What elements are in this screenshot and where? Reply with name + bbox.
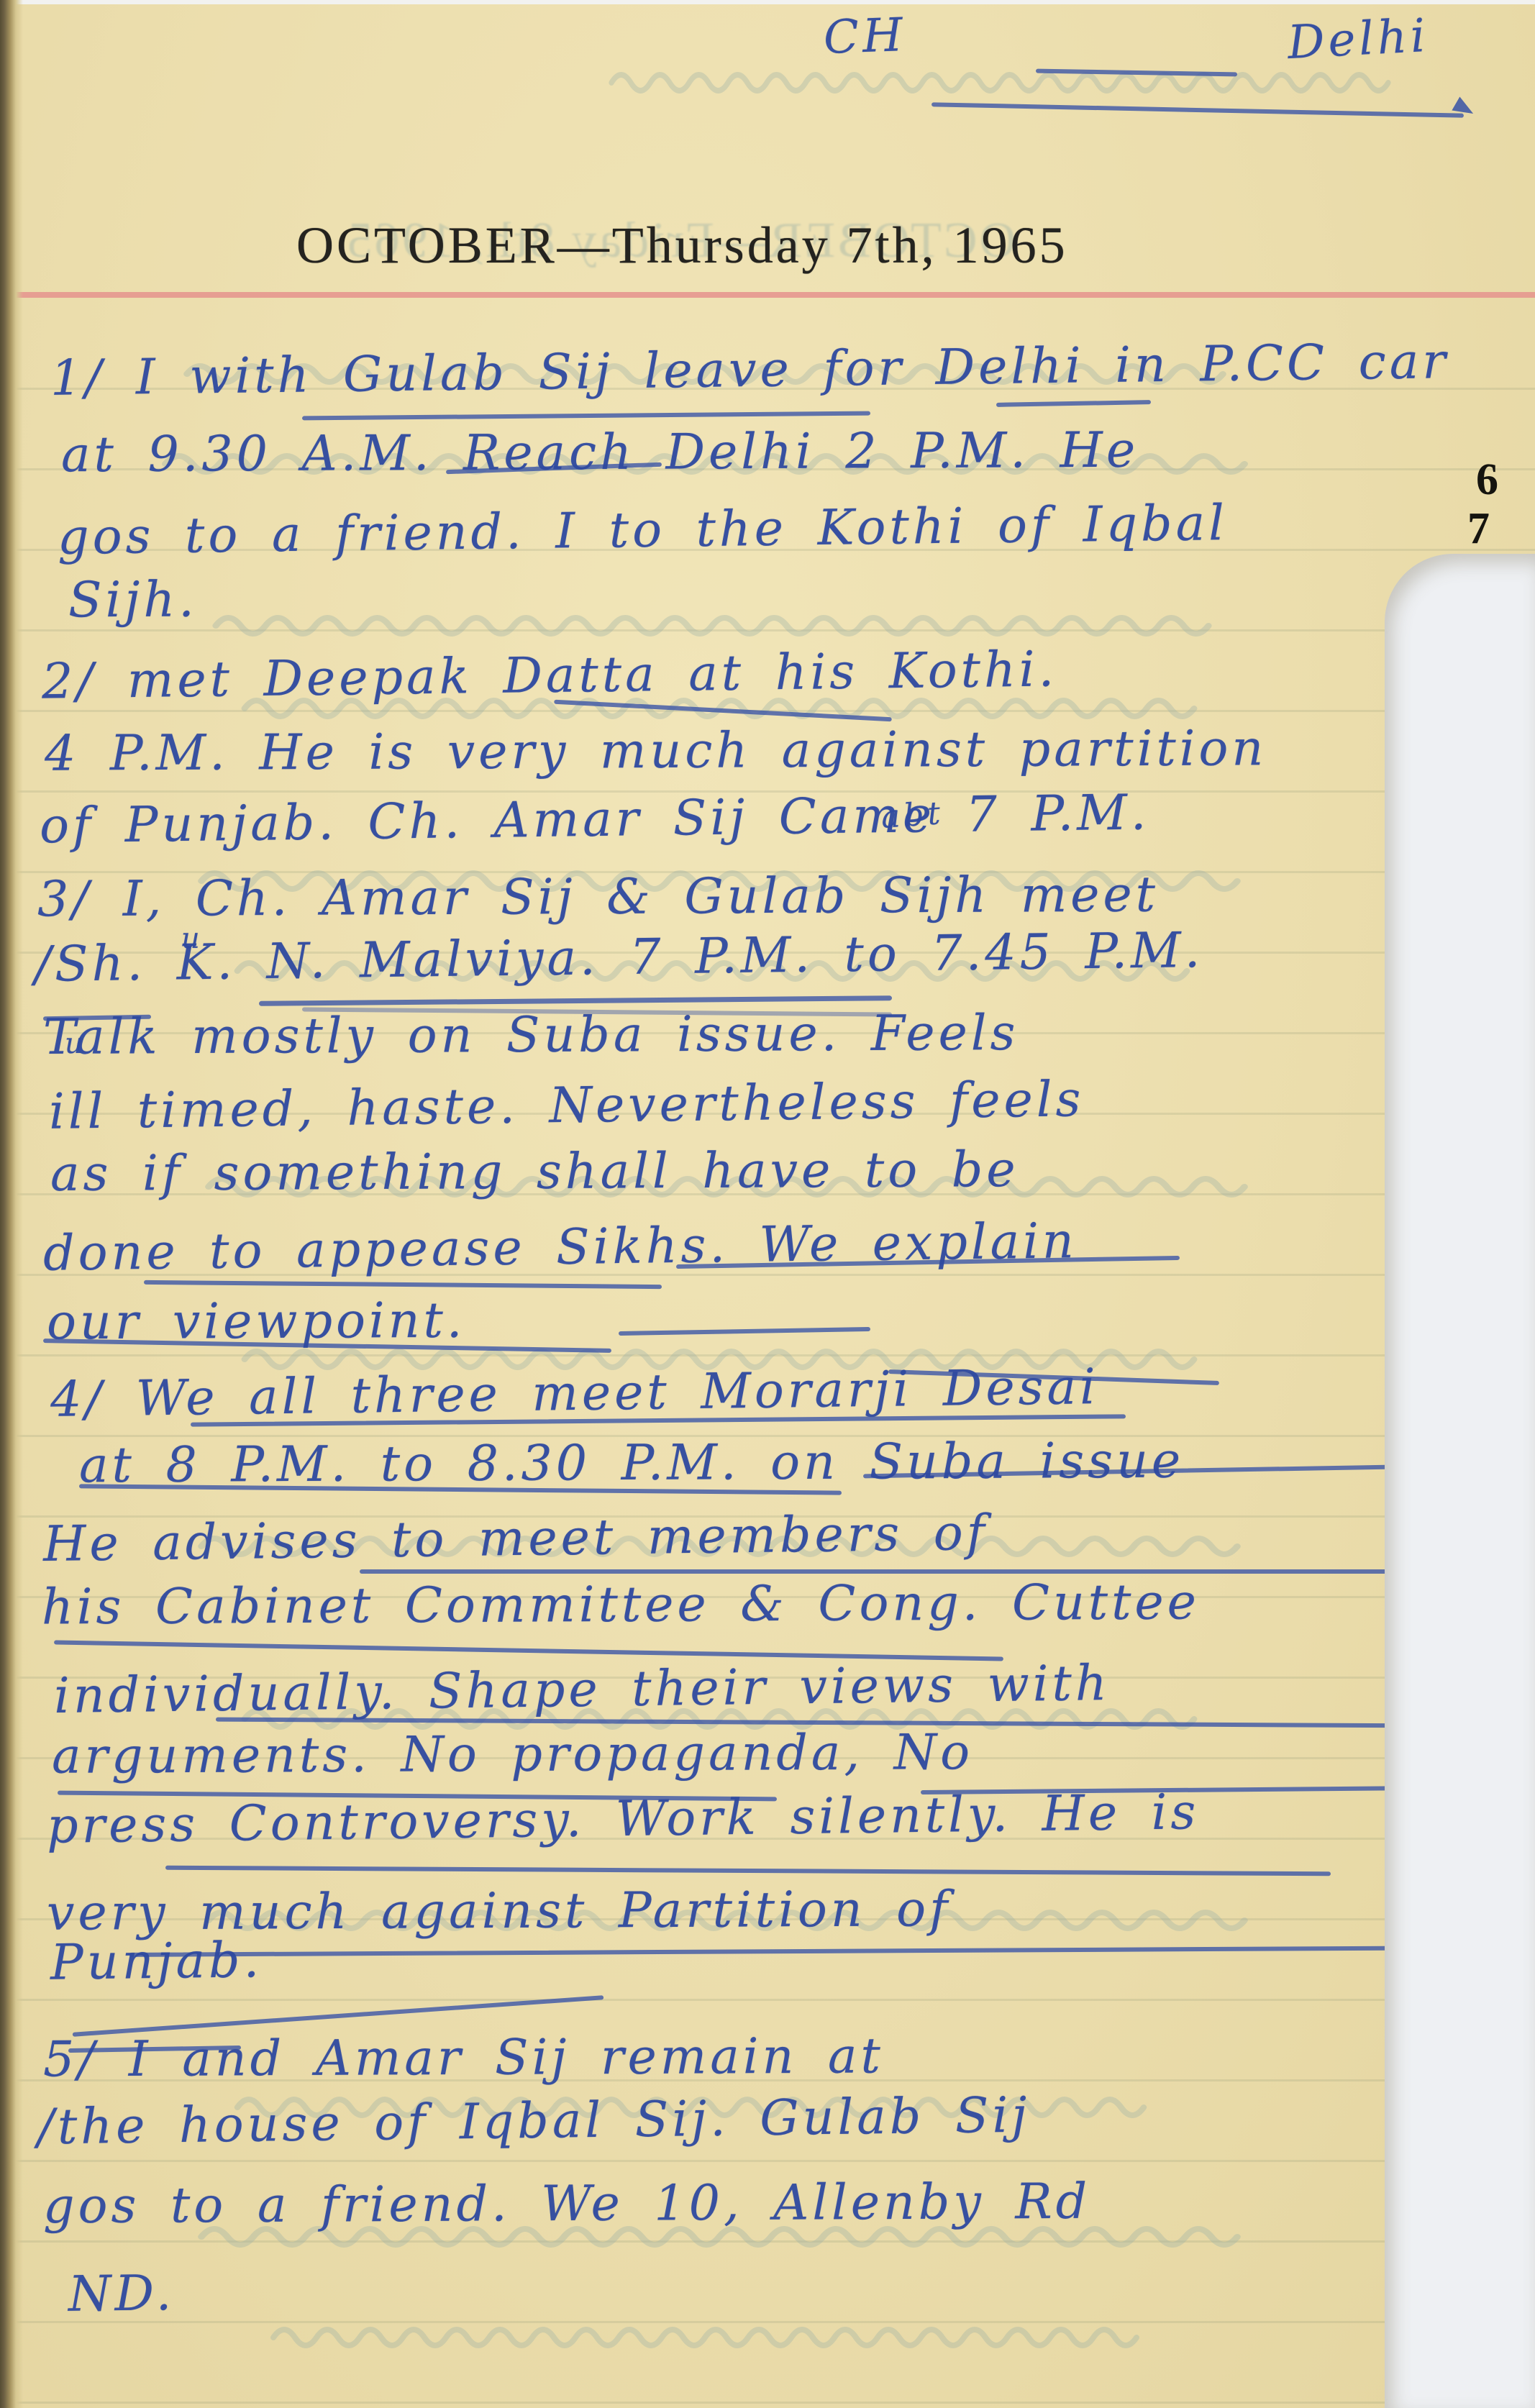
entry-line: at 8 P.M. to 8.30 P.M. on Suba issue (79, 1433, 1184, 1495)
entry-line: Talk mostly on Suba issue. Feels (43, 1005, 1019, 1066)
entry-line: our viewpoint. (47, 1292, 466, 1351)
entry-line: arguments. No propaganda, No (52, 1724, 973, 1785)
correction-mark-u: u (65, 1027, 87, 1060)
page-number-6: 6 (1476, 455, 1498, 506)
annotation-ch: CH (823, 9, 907, 65)
entry-line: Punjab. (50, 1932, 263, 1992)
entry-line: as if something shall have to be (50, 1141, 1019, 1203)
entry-line: at 9.30 A.M. Reach Delhi 2 P.M. He (61, 422, 1139, 484)
annotation-delhi: Delhi (1286, 9, 1430, 70)
signature-initials: ND. (68, 2265, 176, 2323)
correction-mark-u: u (181, 922, 204, 955)
underlying-page-corner (1385, 554, 1535, 2408)
entry-line: 4 P.M. He is very much against partition (45, 720, 1267, 782)
hand-underline (360, 1569, 1467, 1574)
entry-line: 5/ I and Amar Sij remain at (43, 2028, 884, 2088)
printed-date-header: OCTOBER—Thursday 7th, 1965 (296, 216, 1068, 275)
entry-line: his Cabinet Committee & Cong. Cuttee (42, 1574, 1200, 1636)
entry-line: /the house of Iqbal Sij. Gulab Sij (37, 2087, 1031, 2156)
inserted-word-abt: abt (880, 795, 944, 836)
page-number-7: 7 (1467, 503, 1490, 555)
entry-line: 3/ I, Ch. Amar Sij & Gulab Sijh meet (37, 867, 1159, 929)
entry-line: gos to a friend. We 10, Allenby Rd (43, 2174, 1090, 2235)
entry-line: He advises to meet members of (43, 1505, 989, 1573)
entry-line: Sijh. (68, 572, 198, 629)
scanned-diary-page: OCTOBER—Friday 8th, 1965 OCTOBER—Thursda… (0, 0, 1535, 2408)
